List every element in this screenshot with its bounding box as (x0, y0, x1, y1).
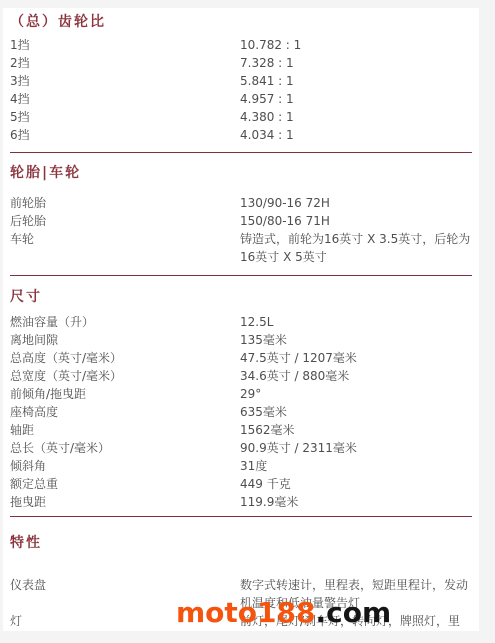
section-title-dimensions: 尺寸 (10, 287, 472, 307)
spec-value: 34.6英寸 / 880毫米 (240, 367, 472, 385)
section-title-tires-wheels: 轮胎|车轮 (10, 163, 472, 183)
spec-label: 5挡 (10, 108, 240, 126)
spec-value: 10.782 : 1 (240, 36, 472, 54)
spec-label: 2挡 (10, 54, 240, 72)
table-row: 总高度（英寸/毫米） 47.5英寸 / 1207毫米 (10, 349, 472, 367)
spec-label: 燃油容量（升） (10, 313, 240, 331)
spec-value: 1562毫米 (240, 421, 472, 439)
spec-label: 轴距 (10, 421, 240, 439)
watermark-brand-text: moto188 (176, 596, 315, 629)
table-row: 4挡 4.957 : 1 (10, 90, 472, 108)
table-row: 5挡 4.380 : 1 (10, 108, 472, 126)
spec-value: 31度 (240, 457, 472, 475)
table-row: 总长（英寸/毫米） 90.9英寸 / 2311毫米 (10, 439, 472, 457)
spec-label: 车轮 (10, 230, 240, 266)
spec-label: 离地间隙 (10, 331, 240, 349)
table-row: 座椅高度 635毫米 (10, 403, 472, 421)
spec-label: 3挡 (10, 72, 240, 90)
spec-sheet-card: （总）齿轮比 1挡 10.782 : 1 2挡 7.328 : 1 3挡 5.8… (3, 8, 479, 631)
spec-rows: 燃油容量（升） 12.5L 离地间隙 135毫米 总高度（英寸/毫米） 47.5… (10, 313, 472, 511)
table-row: 前倾角/拖曳距 29° (10, 385, 472, 403)
table-row: 离地间隙 135毫米 (10, 331, 472, 349)
spec-label: 总高度（英寸/毫米） (10, 349, 240, 367)
table-row: 1挡 10.782 : 1 (10, 36, 472, 54)
spec-value: 铸造式，前轮为16英寸 X 3.5英寸，后轮为16英寸 X 5英寸 (240, 230, 472, 266)
spec-value: 130/90-16 72H (240, 194, 472, 212)
spec-value: 4.957 : 1 (240, 90, 472, 108)
spec-label: 前倾角/拖曳距 (10, 385, 240, 403)
table-row: 前轮胎 130/90-16 72H (10, 194, 472, 212)
section-tires-wheels: 轮胎|车轮 前轮胎 130/90-16 72H 后轮胎 150/80-16 71… (10, 152, 472, 275)
spec-value: 119.9毫米 (240, 493, 472, 511)
spec-label: 额定总重 (10, 475, 240, 493)
moto188-watermark: moto188.com (176, 596, 391, 630)
spec-label: 总宽度（英寸/毫米） (10, 367, 240, 385)
spec-value: 7.328 : 1 (240, 54, 472, 72)
table-row: 后轮胎 150/80-16 71H (10, 212, 472, 230)
spec-value: 47.5英寸 / 1207毫米 (240, 349, 472, 367)
spec-value: 90.9英寸 / 2311毫米 (240, 439, 472, 457)
spec-value: 635毫米 (240, 403, 472, 421)
table-row: 2挡 7.328 : 1 (10, 54, 472, 72)
table-row: 总宽度（英寸/毫米） 34.6英寸 / 880毫米 (10, 367, 472, 385)
spec-label: 拖曳距 (10, 493, 240, 511)
spec-value: 449 千克 (240, 475, 472, 493)
section-title-gear-ratio: （总）齿轮比 (10, 12, 472, 32)
spec-value: 4.034 : 1 (240, 126, 472, 144)
table-row: 燃油容量（升） 12.5L (10, 313, 472, 331)
spec-value: 12.5L (240, 313, 472, 331)
spec-label: 倾斜角 (10, 457, 240, 475)
watermark-tld-text: .com (315, 596, 391, 629)
spec-label: 1挡 (10, 36, 240, 54)
spec-value: 29° (240, 385, 472, 403)
table-row: 3挡 5.841 : 1 (10, 72, 472, 90)
spec-value: 5.841 : 1 (240, 72, 472, 90)
spec-label: 6挡 (10, 126, 240, 144)
table-row: 额定总重 449 千克 (10, 475, 472, 493)
table-row: 拖曳距 119.9毫米 (10, 493, 472, 511)
spec-label: 4挡 (10, 90, 240, 108)
spec-label: 前轮胎 (10, 194, 240, 212)
spec-value: 4.380 : 1 (240, 108, 472, 126)
spec-value: 150/80-16 71H (240, 212, 472, 230)
spec-value: 135毫米 (240, 331, 472, 349)
spec-label: 座椅高度 (10, 403, 240, 421)
section-title-features: 特性 (10, 533, 472, 553)
section-dimensions: 尺寸 燃油容量（升） 12.5L 离地间隙 135毫米 总高度（英寸/毫米） 4… (10, 275, 472, 516)
page-background: { "colors": { "background": "#f4f4f4", "… (0, 0, 495, 643)
spec-rows: 前轮胎 130/90-16 72H 后轮胎 150/80-16 71H 车轮 铸… (10, 194, 472, 266)
table-row: 轴距 1562毫米 (10, 421, 472, 439)
spec-label: 后轮胎 (10, 212, 240, 230)
spec-rows: 1挡 10.782 : 1 2挡 7.328 : 1 3挡 5.841 : 1 … (10, 36, 472, 144)
table-row: 6挡 4.034 : 1 (10, 126, 472, 144)
section-gear-ratio: （总）齿轮比 1挡 10.782 : 1 2挡 7.328 : 1 3挡 5.8… (10, 8, 472, 152)
spec-label: 总长（英寸/毫米） (10, 439, 240, 457)
table-row: 车轮 铸造式，前轮为16英寸 X 3.5英寸，后轮为16英寸 X 5英寸 (10, 230, 472, 266)
table-row: 倾斜角 31度 (10, 457, 472, 475)
